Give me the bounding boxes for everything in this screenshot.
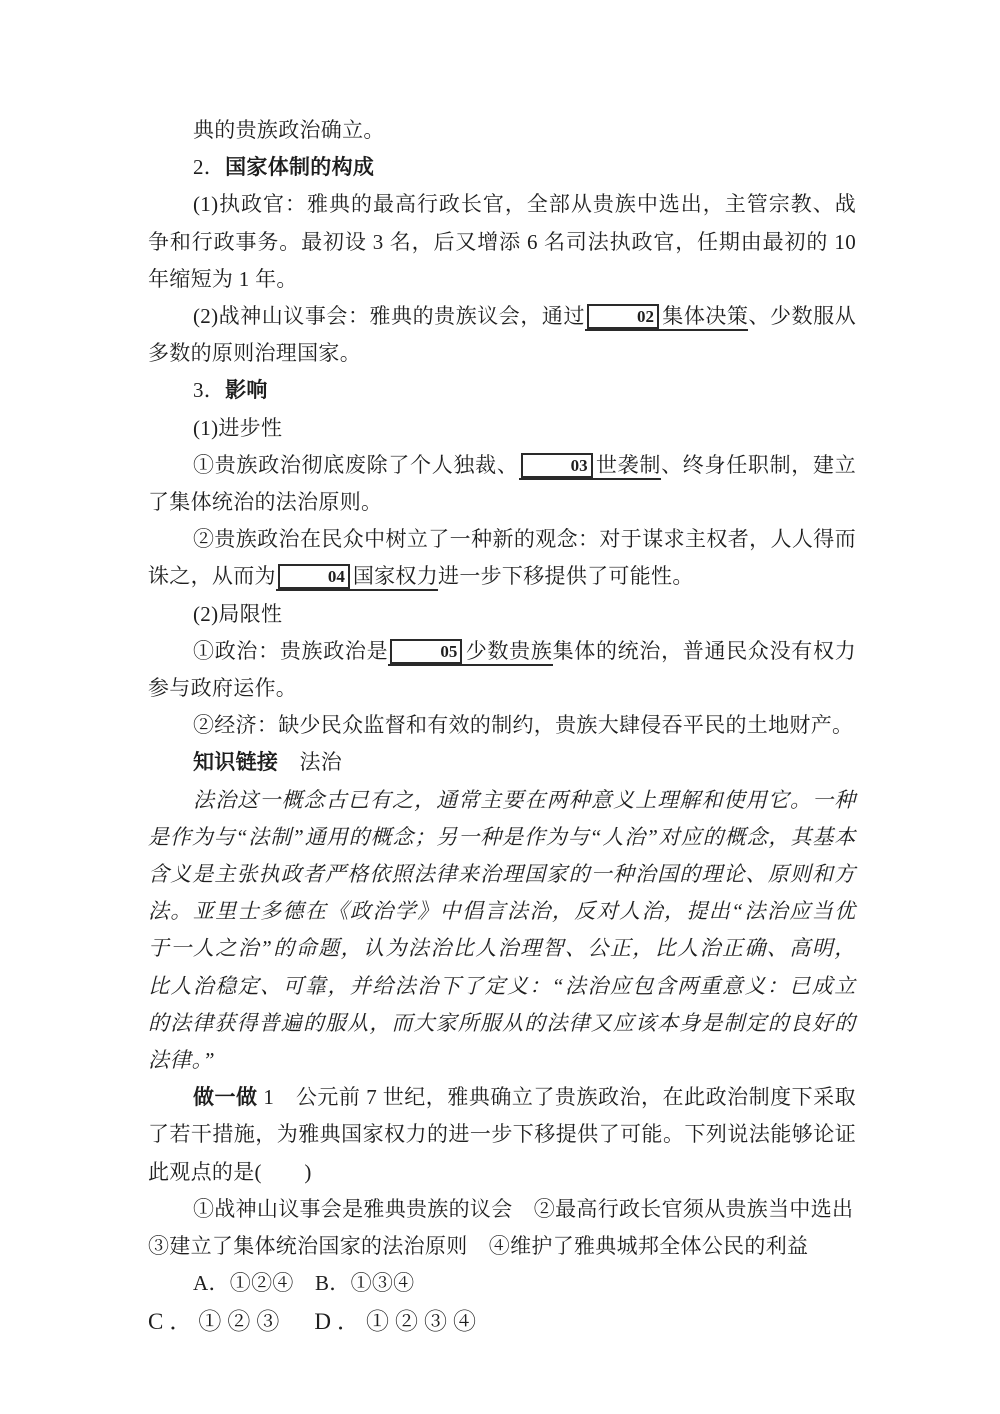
fill-in-blank: 04国家权力 [276,564,438,591]
knowledge-link-heading: 知识链接 法治 [148,744,856,781]
paragraph-limitations-political: ①政治：贵族政治是05少数贵族集体的统治，普通民众没有权力参与政府运作。 [148,633,856,707]
text-run: 进一步下移提供了可能性。 [438,564,694,588]
heading-section-3: 3．影响 [148,372,856,409]
paragraph-progressiveness-1: ①贵族政治彻底废除了个人独裁、03世袭制、终身任职制，建立了集体统治的法治原则。 [148,447,856,521]
text-run: (1)执政官：雅典的最高行政长官，全部从贵族中选出，主管宗教、战争和行政事务。最… [148,192,856,290]
options-a-b: A．①②④ B．①③④ [148,1265,856,1302]
blank-number-box: 03 [521,453,593,478]
fill-in-blank: 05少数贵族 [388,639,552,666]
text-run: ①战神山议事会是雅典贵族的议会 ②最高行政长官须从贵族当中选出 [193,1197,853,1221]
paragraph-progressiveness-2: ②贵族政治在民众中树立了一种新的观念：对于谋求主权者，人人得而诛之，从而为04国… [148,521,856,595]
paragraph-limitations-economic: ②经济：缺少民众监督和有效的制约，贵族大肆侵吞平民的土地财产。 [148,707,856,744]
paragraph-continuation: 典的贵族政治确立。 [148,112,856,149]
text-run: 2． [193,155,225,179]
text-run: 3． [193,378,225,402]
heading-text: 影响 [225,379,268,402]
text-run: ①贵族政治彻底废除了个人独裁、 [193,453,519,477]
exercise-statements-3-4: ③建立了集体统治国家的法治原则 ④维护了雅典城邦全体公民的利益 [148,1228,856,1265]
fill-in-blank: 03世袭制 [519,453,662,480]
paragraph-archons: (1)执政官：雅典的最高行政长官，全部从贵族中选出，主管宗教、战争和行政事务。最… [148,186,856,298]
blank-number-box: 04 [278,564,350,589]
text-run: (2)局限性 [193,602,282,626]
text-run: 典的贵族政治确立。 [193,118,385,142]
exercise-label: 做一做 [193,1086,258,1109]
heading-text: 国家体制的构成 [225,156,374,179]
exercise-question: 做一做 1 公元前 7 世纪，雅典确立了贵族政治，在此政治制度下采取了若干措施，… [148,1079,856,1191]
options-c-d: C．①②③ D．①②③④ [148,1303,856,1340]
exercise-statements-1-2: ①战神山议事会是雅典贵族的议会 ②最高行政长官须从贵族当中选出 [148,1191,856,1228]
text-run: ②经济：缺少民众监督和有效的制约，贵族大肆侵吞平民的土地财产。 [193,713,853,737]
knowledge-link-quote: 法治这一概念古已有之，通常主要在两种意义上理解和使用它。一种是作为与“法制”通用… [148,782,856,1080]
knowledge-link-topic: 法治 [278,750,342,774]
blank-number-box: 02 [587,304,659,329]
fill-in-blank: 02集体决策 [585,304,748,331]
text-run: A．①②④ B．①③④ [193,1271,414,1295]
text-run: ①政治：贵族政治是 [193,639,388,663]
blank-answer-text: 世袭制 [596,453,662,477]
blank-answer-text: 国家权力 [353,564,438,588]
text-run: (2)战神山议事会：雅典的贵族议会，通过 [193,304,585,328]
text-run: 法治这一概念古已有之，通常主要在两种意义上理解和使用它。一种是作为与“法制”通用… [148,788,856,1072]
blank-answer-text: 少数贵族 [465,639,552,663]
blank-number-box: 05 [390,639,462,664]
document-body: 典的贵族政治确立。2．国家体制的构成(1)执政官：雅典的最高行政长官，全部从贵族… [148,112,856,1340]
text-run: ③建立了集体统治国家的法治原则 ④维护了雅典城邦全体公民的利益 [148,1234,808,1258]
blank-answer-text: 集体决策 [662,304,748,328]
paragraph-areopagus: (2)战神山议事会：雅典的贵族议会，通过02集体决策、少数服从多数的原则治理国家… [148,298,856,372]
paragraph-progressiveness-label: (1)进步性 [148,410,856,447]
heading-section-2: 2．国家体制的构成 [148,149,856,186]
text-run: C．①②③ D．①②③④ [148,1309,482,1334]
paragraph-limitations-label: (2)局限性 [148,596,856,633]
page: { "page": { "background": "#ffffff", "te… [0,0,1000,1414]
text-run: (1)进步性 [193,416,282,440]
knowledge-link-label: 知识链接 [193,751,278,774]
